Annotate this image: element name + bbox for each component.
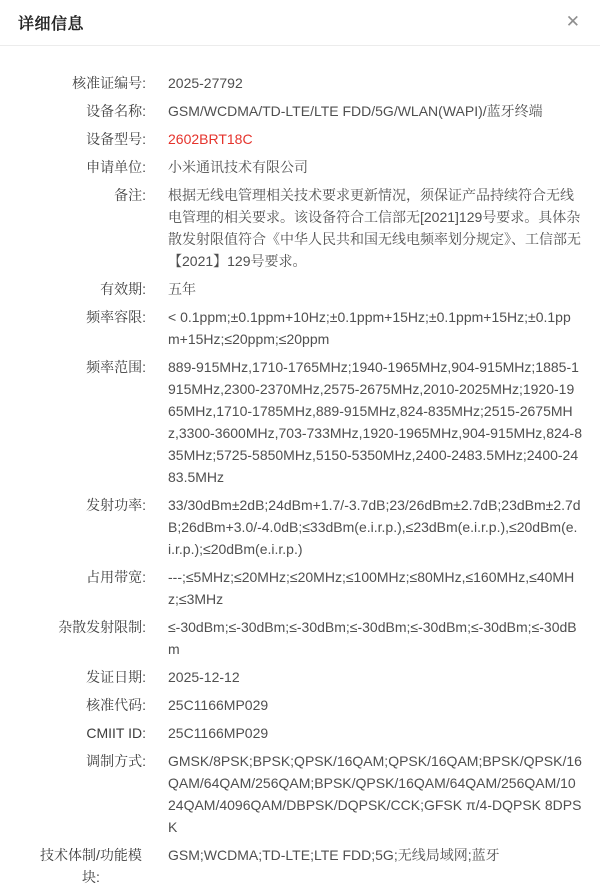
field-label: 有效期: [36,278,146,300]
field-value: 2025-27792 [168,72,582,94]
field-row: CMIIT ID: 25C1166MP029 [36,722,582,744]
field-value: 889-915MHz,1710-1765MHz;1940-1965MHz,904… [168,356,582,488]
field-value: 2025-12-12 [168,666,582,688]
field-row: 有效期: 五年 [36,278,582,300]
field-row: 频率范围: 889-915MHz,1710-1765MHz;1940-1965M… [36,356,582,488]
field-label: 发射功率: [36,494,146,560]
field-value: 33/30dBm±2dB;24dBm+1.7/-3.7dB;23/26dBm±2… [168,494,582,560]
field-row: 核准代码: 25C1166MP029 [36,694,582,716]
field-value: GMSK/8PSK;BPSK;QPSK/16QAM;QPSK/16QAM;BPS… [168,750,582,838]
fields-list: 核准证编号: 2025-27792 设备名称: GSM/WCDMA/TD-LTE… [0,46,600,888]
field-label: 调制方式: [36,750,146,838]
field-value: GSM/WCDMA/TD-LTE/LTE FDD/5G/WLAN(WAPI)/蓝… [168,100,582,122]
field-label: 技术体制/功能模块: [36,844,146,888]
field-label: 设备名称: [36,100,146,122]
field-row: 申请单位: 小米通讯技术有限公司 [36,156,582,178]
field-row: 核准证编号: 2025-27792 [36,72,582,94]
field-value: < 0.1ppm;±0.1ppm+10Hz;±0.1ppm+15Hz;±0.1p… [168,306,582,350]
field-row: 技术体制/功能模块: GSM;WCDMA;TD-LTE;LTE FDD;5G;无… [36,844,582,888]
field-row: 设备名称: GSM/WCDMA/TD-LTE/LTE FDD/5G/WLAN(W… [36,100,582,122]
field-row: 杂散发射限制: ≤-30dBm;≤-30dBm;≤-30dBm;≤-30dBm;… [36,616,582,660]
field-row: 发证日期: 2025-12-12 [36,666,582,688]
field-label: 频率容限: [36,306,146,350]
field-label: 发证日期: [36,666,146,688]
field-label: 核准证编号: [36,72,146,94]
field-label: CMIIT ID: [36,722,146,744]
field-row: 发射功率: 33/30dBm±2dB;24dBm+1.7/-3.7dB;23/2… [36,494,582,560]
field-value: 五年 [168,278,582,300]
field-row: 频率容限: < 0.1ppm;±0.1ppm+10Hz;±0.1ppm+15Hz… [36,306,582,350]
field-label: 申请单位: [36,156,146,178]
field-value: 小米通讯技术有限公司 [168,156,582,178]
field-value: 25C1166MP029 [168,694,582,716]
field-label: 核准代码: [36,694,146,716]
field-row: 占用带宽: ---;≤5MHz;≤20MHz;≤20MHz;≤100MHz;≤8… [36,566,582,610]
field-label: 备注: [36,184,146,272]
field-row: 调制方式: GMSK/8PSK;BPSK;QPSK/16QAM;QPSK/16Q… [36,750,582,838]
field-label: 杂散发射限制: [36,616,146,660]
dialog-title: 详细信息 [18,11,84,34]
field-label: 占用带宽: [36,566,146,610]
close-icon[interactable]: ✕ [562,9,584,34]
field-value: 根据无线电管理相关技术要求更新情况，须保证产品持续符合无线电管理的相关要求。该设… [168,184,582,272]
field-value: 25C1166MP029 [168,722,582,744]
field-row: 设备型号: 2602BRT18C [36,128,582,150]
field-label: 频率范围: [36,356,146,488]
detail-dialog: 详细信息 ✕ 核准证编号: 2025-27792 设备名称: GSM/WCDMA… [0,0,600,888]
field-value: ≤-30dBm;≤-30dBm;≤-30dBm;≤-30dBm;≤-30dBm;… [168,616,582,660]
device-model-value: 2602BRT18C [168,128,582,150]
field-label: 设备型号: [36,128,146,150]
field-row: 备注: 根据无线电管理相关技术要求更新情况，须保证产品持续符合无线电管理的相关要… [36,184,582,272]
field-value: GSM;WCDMA;TD-LTE;LTE FDD;5G;无线局域网;蓝牙 [168,844,582,888]
field-value: ---;≤5MHz;≤20MHz;≤20MHz;≤100MHz;≤80MHz,≤… [168,566,582,610]
dialog-header: 详细信息 ✕ [0,0,600,46]
